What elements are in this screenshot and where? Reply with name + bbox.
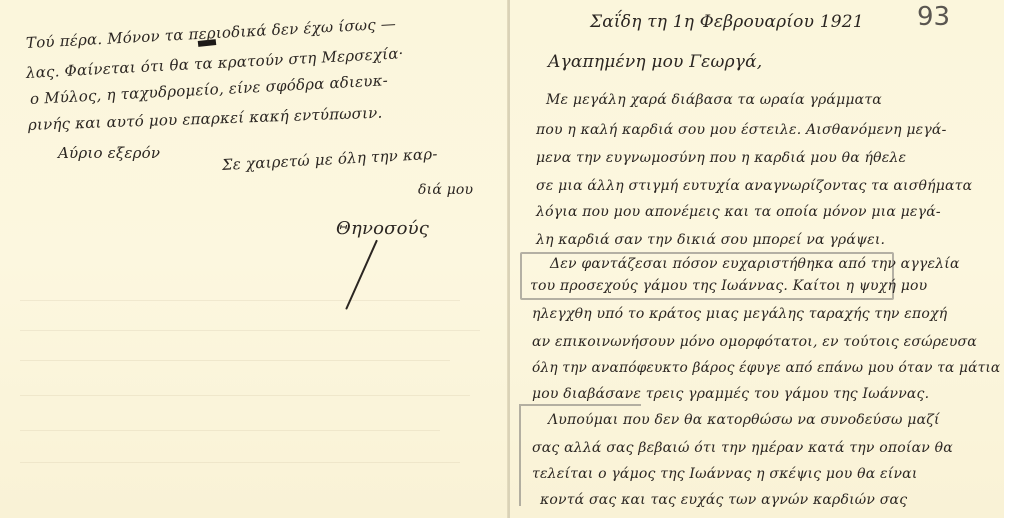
date-line: Σαΐδη τη 1η Φεβρουαρίου 1921 (590, 12, 864, 32)
bleed-through-text (20, 462, 460, 463)
closing-line: διά μου (418, 182, 473, 198)
body-line: μενα την ευγνωμοσύνη που η καρδιά μου θα… (536, 150, 906, 166)
bleed-through-text (20, 300, 460, 301)
left-page: Τού πέρα. Μόνον τα περιοδικά δεν έχω ίσω… (0, 0, 508, 518)
closing-line: Σε χαιρετώ με όλη την καρ- (222, 145, 438, 174)
body-line: που η καλή καρδιά σου μου έστειλε. Αισθα… (536, 122, 947, 138)
body-line: σας αλλά σας βεβαιώ ότι την ημέραν κατά … (532, 440, 953, 456)
body-line: σε μια άλλη στιγμή ευτυχία αναγνωρίζοντα… (536, 178, 972, 194)
body-line: Δεν φαντάζεσαι πόσον ευχαριστήθηκα από τ… (550, 256, 960, 272)
body-line: λόγια που μου απονέμεις και τα οποία μόν… (536, 204, 941, 220)
handwritten-line: Αύριο εξερόν (58, 144, 160, 162)
body-line: αν επικοινωνήσουν μόνο ομορφότατοι, εν τ… (532, 334, 977, 350)
handwritten-line: ρινής και αυτό μου επαρκεί κακή εντύπωσι… (28, 104, 383, 134)
bleed-through-text (20, 330, 480, 331)
body-line: κοντά σας και τας ευχάς των αγνών καρδιώ… (540, 492, 907, 508)
body-line: λη καρδιά σαν την δικιά σου μπορεί να γρ… (536, 232, 885, 248)
folio-number: 93 (917, 2, 950, 32)
salutation: Αγαπημένη μου Γεωργά, (548, 52, 762, 72)
handwritten-line: Τού πέρα. Μόνον τα περιοδικά δεν έχω ίσω… (26, 15, 397, 52)
body-line: Λυπούμαι που δεν θα κατορθώσω να συνοδεύ… (548, 412, 940, 428)
letter-scan: Τού πέρα. Μόνον τα περιοδικά δεν έχω ίσω… (0, 0, 1024, 528)
body-line: του προσεχούς γάμου της Ιωάννας. Καίτοι … (530, 278, 927, 294)
bleed-through-text (20, 395, 470, 396)
bleed-through-text (20, 360, 450, 361)
signature: Θηνοσούς (336, 218, 429, 239)
bleed-through-text (20, 430, 440, 431)
body-line: Με μεγάλη χαρά διάβασα τα ωραία γράμματα (546, 92, 882, 108)
body-line: όλη την αναπόφευκτο βάρος έφυγε από επάν… (532, 360, 1000, 376)
body-line: τελείται ο γάμος της Ιωάννας η σκέψις μο… (532, 466, 918, 482)
body-line: μου διαβάσανε τρεις γραμμές του γάμου τη… (532, 386, 929, 402)
body-line: ηλεγχθη υπό το κράτος μιας μεγάλης ταραχ… (532, 306, 947, 322)
